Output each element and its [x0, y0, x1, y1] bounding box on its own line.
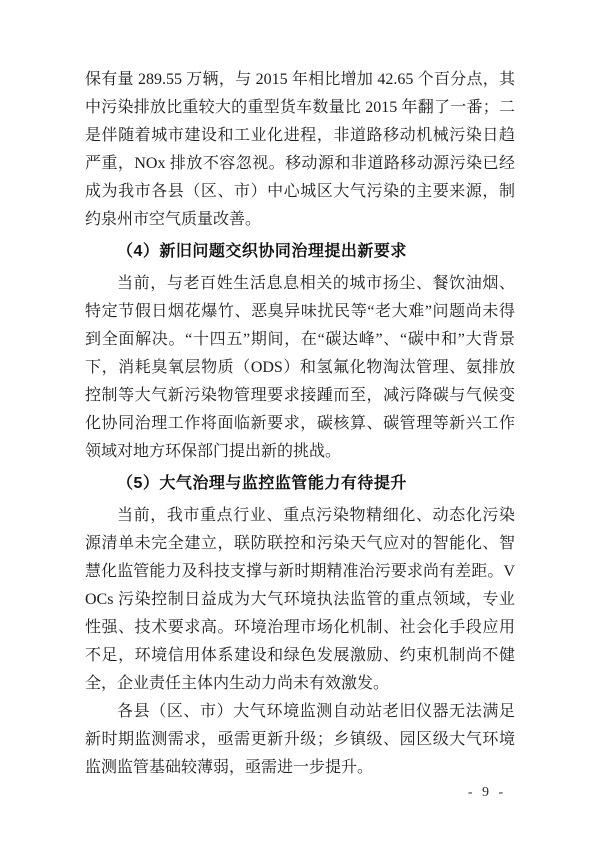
paragraph: 当前，我市重点行业、重点污染物精细化、动态化污染源清单未完全建立，联防联控和污染… [85, 502, 515, 698]
paragraph: 各县（区、市）大气环境监测自动站老旧仪器无法满足新时期监测需求，亟需更新升级；乡… [85, 698, 515, 782]
paragraph-continuation: 保有量 289.55 万辆，与 2015 年相比增加 42.65 个百分点，其中… [85, 66, 515, 234]
paragraph: 当前，与老百姓生活息息相关的城市扬尘、餐饮油烟、特定节假日烟花爆竹、恶臭异味扰民… [85, 270, 515, 466]
document-page: 保有量 289.55 万辆，与 2015 年相比增加 42.65 个百分点，其中… [0, 0, 600, 849]
page-number: - 9 - [437, 785, 537, 801]
section-heading-5: （5）大气治理与监控监管能力有待提升 [85, 470, 515, 498]
section-heading-4: （4）新旧问题交织协同治理提出新要求 [85, 238, 515, 266]
page-content: 保有量 289.55 万辆，与 2015 年相比增加 42.65 个百分点，其中… [85, 66, 515, 782]
